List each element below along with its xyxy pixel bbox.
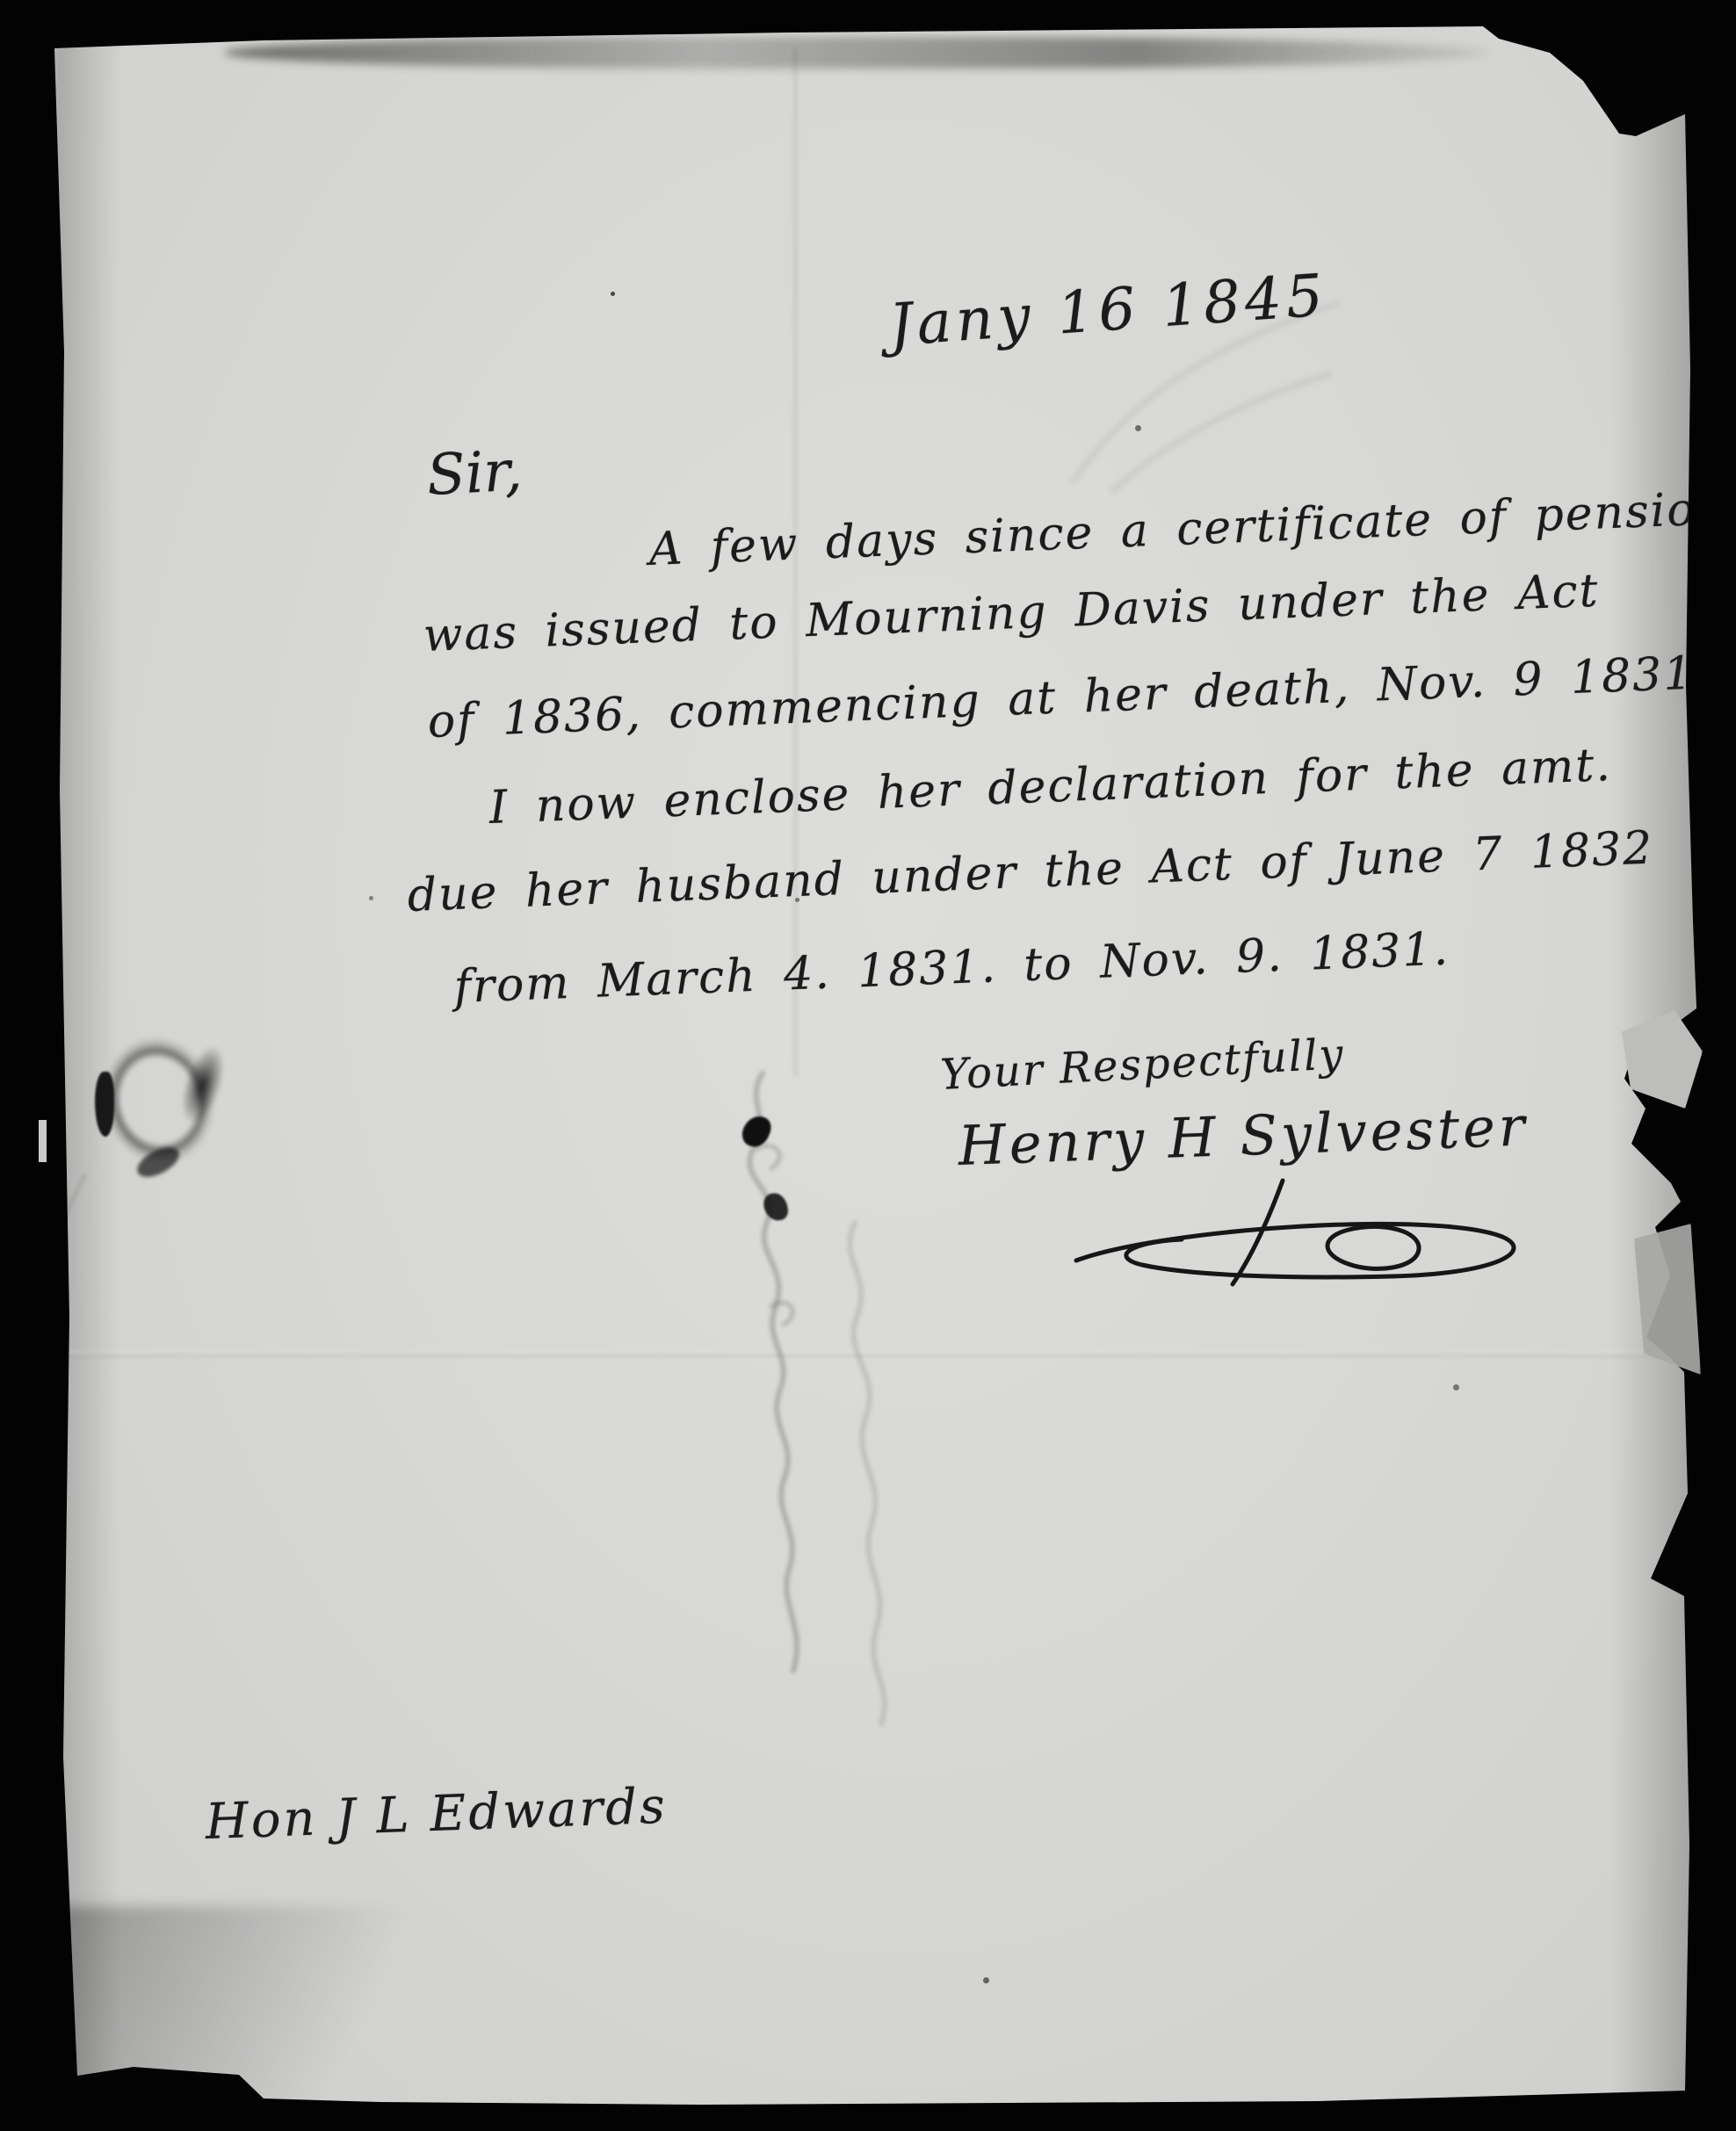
addressee-line: Hon J L Edwards (205, 1778, 669, 1851)
paper-edge-sliver (39, 1120, 47, 1162)
body-line-3: of 1836, commencing at her death, Nov. 9… (427, 647, 1711, 748)
paper-specks (611, 292, 615, 296)
date-line: Jany 16 1845 (887, 261, 1330, 359)
body-line-6: from March 4. 1831. to Nov. 9. 1831. (453, 923, 1450, 1014)
letter-page: Jany 16 1845 Sir, A few days since a cer… (0, 0, 1736, 2131)
closing-line: Your Respectfully (939, 1029, 1346, 1100)
ink-blot (739, 1112, 775, 1151)
stain-ring-outline (70, 1004, 247, 1197)
body-line-5: due her husband under the Act of June 7 … (407, 822, 1655, 922)
scan-background: Jany 16 1845 Sir, A few days since a cer… (0, 0, 1736, 2131)
body-line-1: A few days since a certificate of pensio… (648, 482, 1728, 576)
stain-blob (133, 1141, 184, 1182)
signature: Henry H Sylvester (957, 1094, 1529, 1178)
diagonal-fold-crease (0, 1173, 87, 1443)
stain-blob (173, 1040, 234, 1130)
left-edge-shadow (53, 42, 119, 2080)
stain-blob (95, 1072, 114, 1137)
bleed-through-writing (710, 1065, 921, 1732)
body-line-2: was issued to Mourning Davis under the A… (423, 565, 1601, 662)
right-edge-shadow (1612, 105, 1700, 2099)
bottom-left-corner-shadow (63, 1906, 538, 2108)
top-edge-smudge (224, 37, 1489, 69)
body-line-4: I now enclose her declaration for the am… (488, 739, 1613, 834)
signature-flourish (1059, 1177, 1551, 1291)
salutation: Sir, (425, 438, 524, 509)
ink-stain-ring (86, 1017, 231, 1184)
ink-blot (761, 1190, 790, 1224)
horizontal-fold-crease (61, 1351, 1682, 1357)
